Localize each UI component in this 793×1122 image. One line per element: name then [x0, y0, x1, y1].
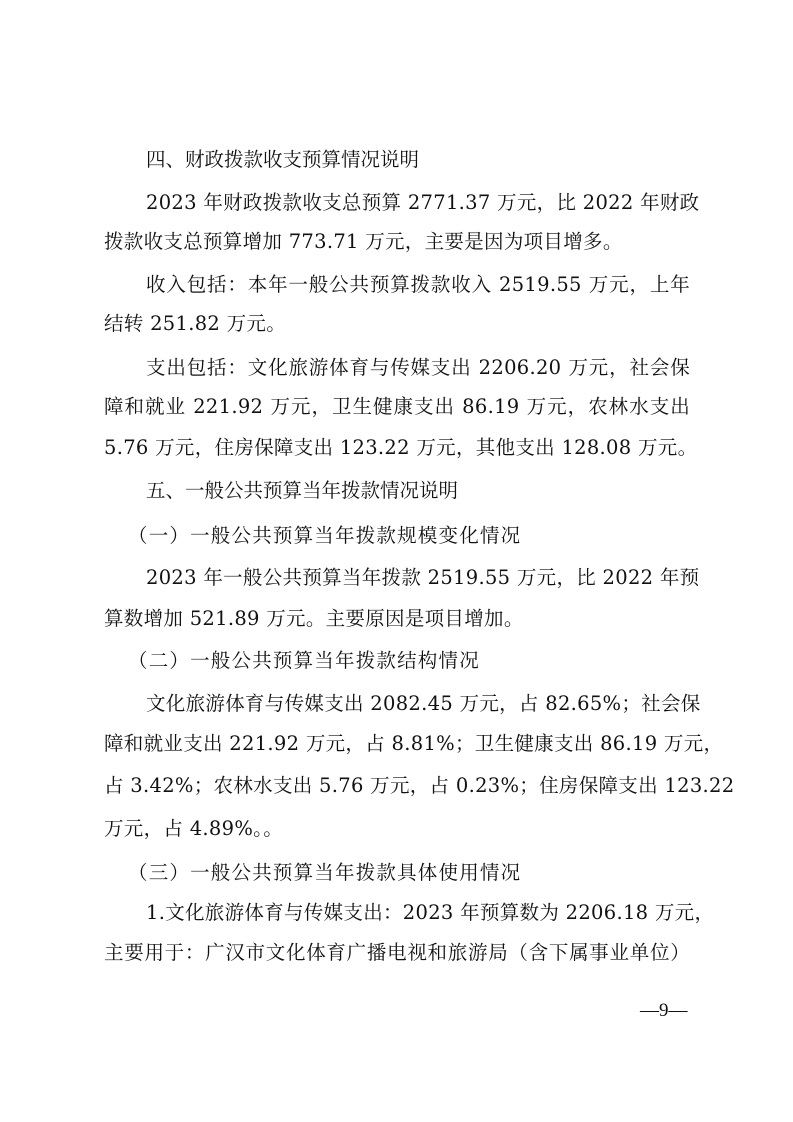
paragraph-line: 算数增加 521.89 万元。主要原因是项目增加。	[104, 606, 690, 632]
paragraph-line: 收入包括：本年一般公共预算拨款收入 2519.55 万元，上年	[146, 272, 690, 298]
paragraph-line: 主要用于：广汉市文化体育广播电视和旅游局（含下属事业单位）	[104, 940, 690, 966]
page-number: —9—	[640, 1000, 688, 1022]
paragraph-line: 支出包括：文化旅游体育与传媒支出 2206.20 万元，社会保	[146, 355, 690, 381]
paragraph-line: 2023 年一般公共预算当年拨款 2519.55 万元，比 2022 年预	[146, 565, 690, 591]
section-4-heading: 四、财政拨款收支预算情况说明	[146, 147, 690, 173]
paragraph-line: 占 3.42%；农林水支出 5.76 万元，占 0.23%；住房保障支出 123…	[104, 773, 690, 799]
paragraph-line: 5.76 万元，住房保障支出 123.22 万元，其他支出 128.08 万元。	[104, 435, 690, 461]
subsection-1-heading: （一）一般公共预算当年拨款规模变化情况	[128, 523, 714, 549]
document-page: 四、财政拨款收支预算情况说明 2023 年财政拨款收支总预算 2771.37 万…	[0, 0, 793, 1122]
paragraph-line: 障和就业支出 221.92 万元，占 8.81%；卫生健康支出 86.19 万元…	[104, 731, 690, 757]
subsection-3-heading: （三）一般公共预算当年拨款具体使用情况	[128, 860, 714, 886]
paragraph-line: 文化旅游体育与传媒支出 2082.45 万元，占 82.65%；社会保	[146, 691, 690, 717]
paragraph-line: 结转 251.82 万元。	[104, 311, 690, 337]
subsection-2-heading: （二）一般公共预算当年拨款结构情况	[128, 648, 714, 674]
section-5-heading: 五、一般公共预算当年拨款情况说明	[146, 478, 690, 504]
paragraph-line: 2023 年财政拨款收支总预算 2771.37 万元，比 2022 年财政	[146, 190, 690, 216]
paragraph-line: 拨款收支总预算增加 773.71 万元，主要是因为项目增多。	[104, 229, 690, 255]
paragraph-line: 障和就业 221.92 万元，卫生健康支出 86.19 万元，农林水支出	[104, 394, 690, 420]
paragraph-line: 1.文化旅游体育与传媒支出：2023 年预算数为 2206.18 万元，	[146, 900, 690, 926]
paragraph-line: 万元，占 4.89%。。	[104, 816, 690, 842]
